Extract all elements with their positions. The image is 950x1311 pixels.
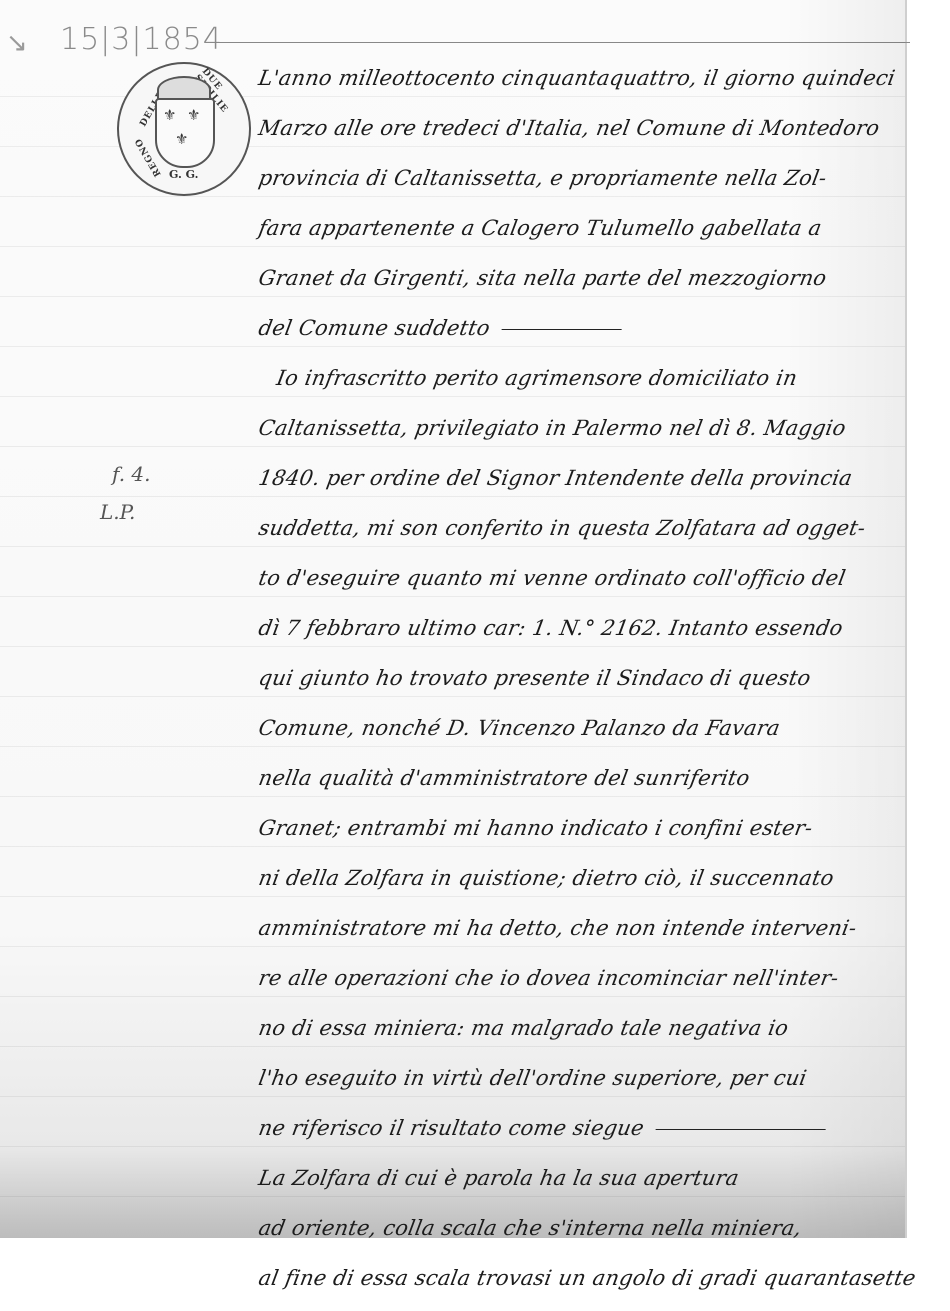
text-line-ending: ne riferisco il risultato come siegue (255, 1108, 829, 1148)
text-line: to d'eseguire quanto mi venne ordinato c… (254, 558, 913, 608)
margin-note-folio: f. 4. (112, 462, 151, 486)
text-line: del Comune suddetto (254, 308, 913, 358)
manuscript-page: ↘ 15|3|1854 DELLE DUE SICILIE REGNO ⚜ ⚜ … (0, 0, 907, 1238)
seal-initials: G. G. (169, 168, 199, 181)
kingdom-two-sicilies-seal: DELLE DUE SICILIE REGNO ⚜ ⚜ ⚜ G. G. (117, 62, 251, 196)
shield-icon: ⚜ ⚜ ⚜ (155, 98, 215, 168)
text-line: ne riferisco il risultato come siegue (254, 1108, 913, 1158)
text-line: al fine di essa scala trovasi un angolo … (254, 1258, 913, 1308)
text-line: dì 7 febbraro ultimo car: 1. N.° 2162. I… (254, 608, 913, 658)
text-line: La Zolfara di cui è parola ha la sua ape… (254, 1158, 913, 1208)
text-line: no di essa miniera: ma malgrado tale neg… (254, 1008, 913, 1058)
archival-arrow-mark: ↘ (6, 28, 28, 58)
fleur-de-lis-icon: ⚜ (175, 130, 188, 148)
text-line: Marzo alle ore tredeci d'Italia, nel Com… (254, 108, 913, 158)
text-line-ending: del Comune suddetto (255, 308, 625, 348)
margin-note-initials: L.P. (100, 500, 135, 524)
text-line: Granet; entrambi mi hanno indicato i con… (254, 808, 913, 858)
fleur-de-lis-icon: ⚜ (163, 106, 176, 124)
text-line: 1840. per ordine del Signor Intendente d… (254, 458, 913, 508)
text-line: suddetta, mi son conferito in questa Zol… (254, 508, 913, 558)
text-line: provincia di Caltanissetta, e propriamen… (254, 158, 913, 208)
archival-date: 15|3|1854 (60, 22, 223, 57)
text-line: l'ho eseguito in virtù dell'ordine super… (254, 1058, 913, 1108)
text-line: qui giunto ho trovato presente il Sindac… (254, 658, 913, 708)
text-line: Caltanissetta, privilegiato in Palermo n… (254, 408, 913, 458)
text-line: Comune, nonché D. Vincenzo Palanzo da Fa… (254, 708, 913, 758)
text-line: Io infrascritto perito agrimensore domic… (254, 358, 913, 408)
fleur-de-lis-icon: ⚜ (187, 106, 200, 124)
text-line: Granet da Girgenti, sita nella parte del… (254, 258, 913, 308)
text-line: fara appartenente a Calogero Tulumello g… (254, 208, 913, 258)
text-line: ni della Zolfara in quistione; dietro ci… (254, 858, 913, 908)
text-line: L'anno milleottocento cinquantaquattro, … (254, 58, 913, 108)
text-line: re alle operazioni che io dovea incominc… (254, 958, 913, 1008)
text-line: amministratore mi ha detto, che non inte… (254, 908, 913, 958)
header-rule (210, 42, 910, 43)
text-line: ad oriente, colla scala che s'interna ne… (254, 1208, 913, 1258)
text-line: nella qualità d'amministratore del sunri… (254, 758, 913, 808)
manuscript-body: L'anno milleottocento cinquantaquattro, … (258, 58, 908, 1308)
